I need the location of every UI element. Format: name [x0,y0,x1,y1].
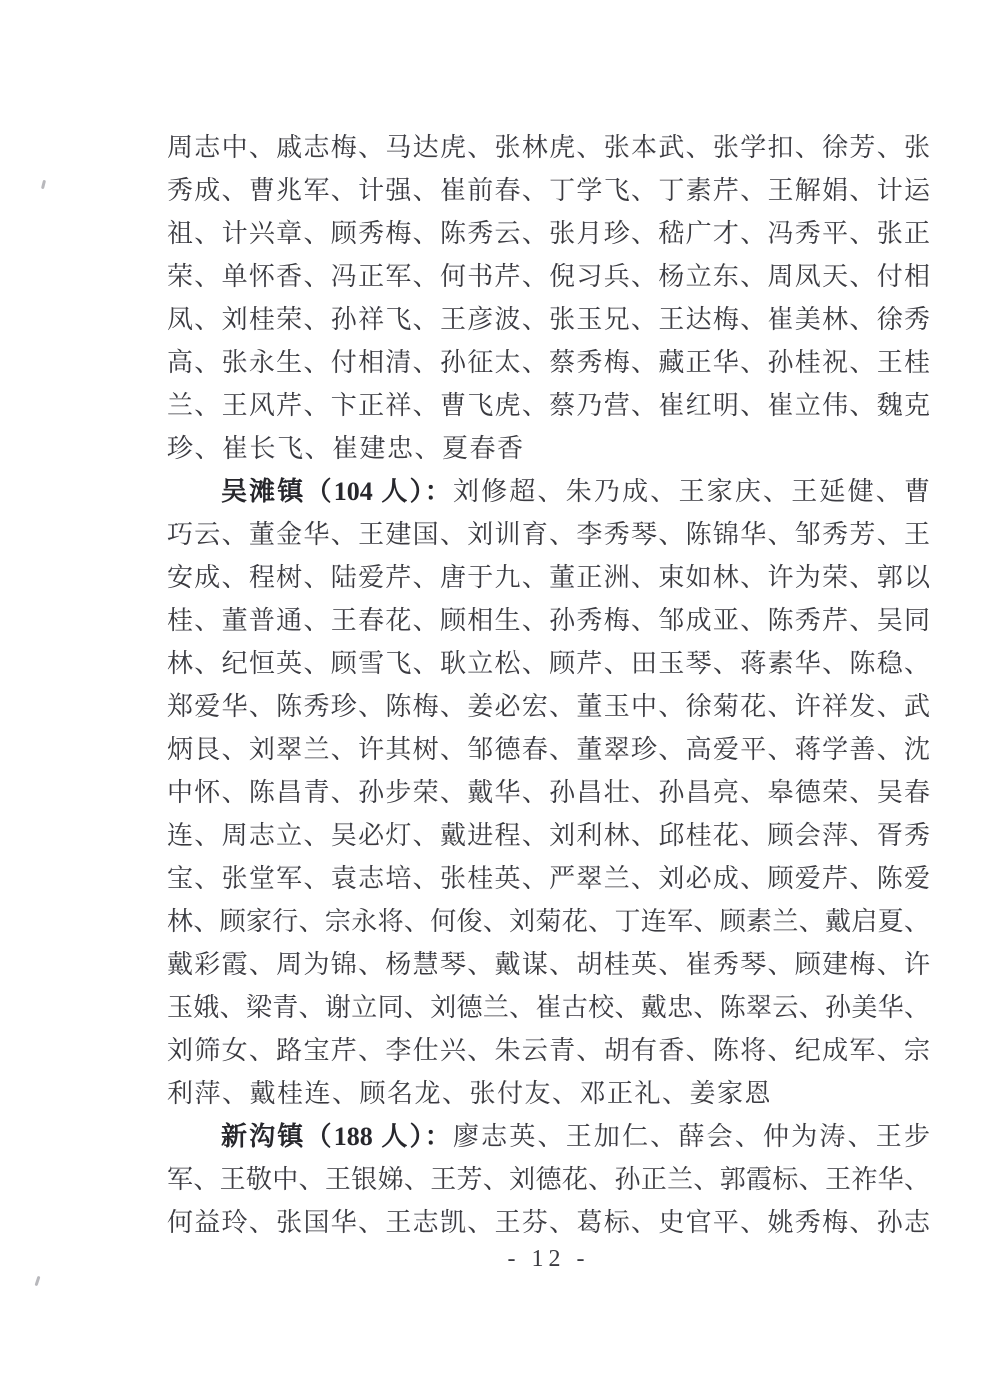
names-text: 凤、刘桂荣、孙祥飞、王彦波、张玉兄、王达梅、崔美林、徐秀 [167,305,930,334]
name-list-line: 利萍、戴桂连、顾名龙、张付友、邓正礼、姜家恩 [167,1072,930,1115]
names-text: 利萍、戴桂连、顾名龙、张付友、邓正礼、姜家恩 [167,1079,772,1108]
name-list-line: 林、纪恒英、顾雪飞、耿立松、顾芹、田玉琴、蒋素华、陈稳、 [167,642,930,685]
names-text: 兰、王风芹、卞正祥、曹飞虎、蔡乃营、崔红明、崔立伟、魏克 [167,391,930,420]
names-text: 郑爱华、陈秀珍、陈梅、姜必宏、董玉中、徐菊花、许祥发、武 [167,692,930,721]
name-list-line: 刘筛女、路宝芹、李仕兴、朱云青、胡有香、陈将、纪成军、宗 [167,1029,930,1072]
names-text: 祖、计兴章、顾秀梅、陈秀云、张月珍、嵇广才、冯秀平、张正 [167,219,930,248]
name-list-line: 林、顾家行、宗永将、何俊、刘菊花、丁连军、顾素兰、戴启夏、 [167,900,930,943]
name-list-line: 兰、王风芹、卞正祥、曹飞虎、蔡乃营、崔红明、崔立伟、魏克 [167,384,930,427]
name-list-line: 高、张永生、付相清、孙征太、蔡秀梅、藏正华、孙桂祝、王桂 [167,341,930,384]
names-text: 周志中、戚志梅、马达虎、张林虎、张本武、张学扣、徐芳、张 [167,133,930,162]
names-text: 桂、董普通、王春花、顾相生、孙秀梅、邹成亚、陈秀芹、吴同 [167,606,930,635]
scan-speck [41,180,46,189]
names-text: 连、周志立、吴必灯、戴进程、刘利林、邱桂花、顾会萍、胥秀 [167,821,930,850]
name-list-text-block: 周志中、戚志梅、马达虎、张林虎、张本武、张学扣、徐芳、张秀成、曹兆军、计强、崔前… [167,126,930,1244]
names-text: 军、王敬中、王银娣、王芳、刘德花、孙正兰、郭霞标、王祚华、 [167,1165,930,1194]
names-text: 林、纪恒英、顾雪飞、耿立松、顾芹、田玉琴、蒋素华、陈稳、 [167,649,930,678]
document-page: 周志中、戚志梅、马达虎、张林虎、张本武、张学扣、徐芳、张秀成、曹兆军、计强、崔前… [0,0,1000,1375]
name-list-line: 何益玲、张国华、王志凯、王芬、葛标、史官平、姚秀梅、孙志 [167,1201,930,1244]
names-text: 珍、崔长飞、崔建忠、夏春香 [167,434,525,463]
name-list-line: 宝、张堂军、袁志培、张桂英、严翠兰、刘必成、顾爱芹、陈爱 [167,857,930,900]
name-list-line: 珍、崔长飞、崔建忠、夏春香 [167,427,930,470]
name-list-line: 戴彩霞、周为锦、杨慧琴、戴谋、胡桂英、崔秀琴、顾建梅、许 [167,943,930,986]
name-list-line: 安成、程树、陆爱芹、唐于九、董正洲、束如林、许为荣、郭以 [167,556,930,599]
names-text: 刘筛女、路宝芹、李仕兴、朱云青、胡有香、陈将、纪成军、宗 [167,1036,930,1065]
names-text: 宝、张堂军、袁志培、张桂英、严翠兰、刘必成、顾爱芹、陈爱 [167,864,930,893]
name-list-line: 凤、刘桂荣、孙祥飞、王彦波、张玉兄、王达梅、崔美林、徐秀 [167,298,930,341]
names-text: 何益玲、张国华、王志凯、王芬、葛标、史官平、姚秀梅、孙志 [167,1208,930,1237]
name-list-line: 荣、单怀香、冯正军、何书芹、倪习兵、杨立东、周凤天、付相 [167,255,930,298]
names-text: 玉娥、梁青、谢立同、刘德兰、崔古校、戴忠、陈翠云、孙美华、 [167,993,930,1022]
names-text: 戴彩霞、周为锦、杨慧琴、戴谋、胡桂英、崔秀琴、顾建梅、许 [167,950,930,979]
section-header: 新沟镇（188 人）： [221,1122,453,1151]
name-list-line: 祖、计兴章、顾秀梅、陈秀云、张月珍、嵇广才、冯秀平、张正 [167,212,930,255]
names-text: 巧云、董金华、王建国、刘训育、李秀琴、陈锦华、邹秀芳、王 [167,520,930,549]
names-text: 中怀、陈昌青、孙步荣、戴华、孙昌壮、孙昌亮、皋德荣、吴春 [167,778,930,807]
section-heading-line: 新沟镇（188 人）：廖志英、王加仁、薛会、仲为涛、王步 [167,1115,930,1158]
names-text: 荣、单怀香、冯正军、何书芹、倪习兵、杨立东、周凤天、付相 [167,262,930,291]
names-text: 炳艮、刘翠兰、许其树、邹德春、董翠珍、高爱平、蒋学善、沈 [167,735,930,764]
name-list-line: 中怀、陈昌青、孙步荣、戴华、孙昌壮、孙昌亮、皋德荣、吴春 [167,771,930,814]
name-list-line: 巧云、董金华、王建国、刘训育、李秀琴、陈锦华、邹秀芳、王 [167,513,930,556]
name-list-line: 秀成、曹兆军、计强、崔前春、丁学飞、丁素芹、王解娟、计运 [167,169,930,212]
name-list-line: 桂、董普通、王春花、顾相生、孙秀梅、邹成亚、陈秀芹、吴同 [167,599,930,642]
scan-speck [35,1276,41,1286]
page-number: - 12 - [167,1246,930,1273]
section-header: 吴滩镇（104 人）： [221,477,453,506]
name-list-line: 郑爱华、陈秀珍、陈梅、姜必宏、董玉中、徐菊花、许祥发、武 [167,685,930,728]
section-heading-line: 吴滩镇（104 人）：刘修超、朱乃成、王家庆、王延健、曹 [167,470,930,513]
name-list-line: 连、周志立、吴必灯、戴进程、刘利林、邱桂花、顾会萍、胥秀 [167,814,930,857]
names-text: 廖志英、王加仁、薛会、仲为涛、王步 [453,1122,930,1151]
names-text: 刘修超、朱乃成、王家庆、王延健、曹 [453,477,930,506]
names-text: 安成、程树、陆爱芹、唐于九、董正洲、束如林、许为荣、郭以 [167,563,930,592]
names-text: 林、顾家行、宗永将、何俊、刘菊花、丁连军、顾素兰、戴启夏、 [167,907,930,936]
name-list-line: 周志中、戚志梅、马达虎、张林虎、张本武、张学扣、徐芳、张 [167,126,930,169]
names-text: 秀成、曹兆军、计强、崔前春、丁学飞、丁素芹、王解娟、计运 [167,176,930,205]
names-text: 高、张永生、付相清、孙征太、蔡秀梅、藏正华、孙桂祝、王桂 [167,348,930,377]
name-list-line: 军、王敬中、王银娣、王芳、刘德花、孙正兰、郭霞标、王祚华、 [167,1158,930,1201]
name-list-line: 玉娥、梁青、谢立同、刘德兰、崔古校、戴忠、陈翠云、孙美华、 [167,986,930,1029]
name-list-line: 炳艮、刘翠兰、许其树、邹德春、董翠珍、高爱平、蒋学善、沈 [167,728,930,771]
